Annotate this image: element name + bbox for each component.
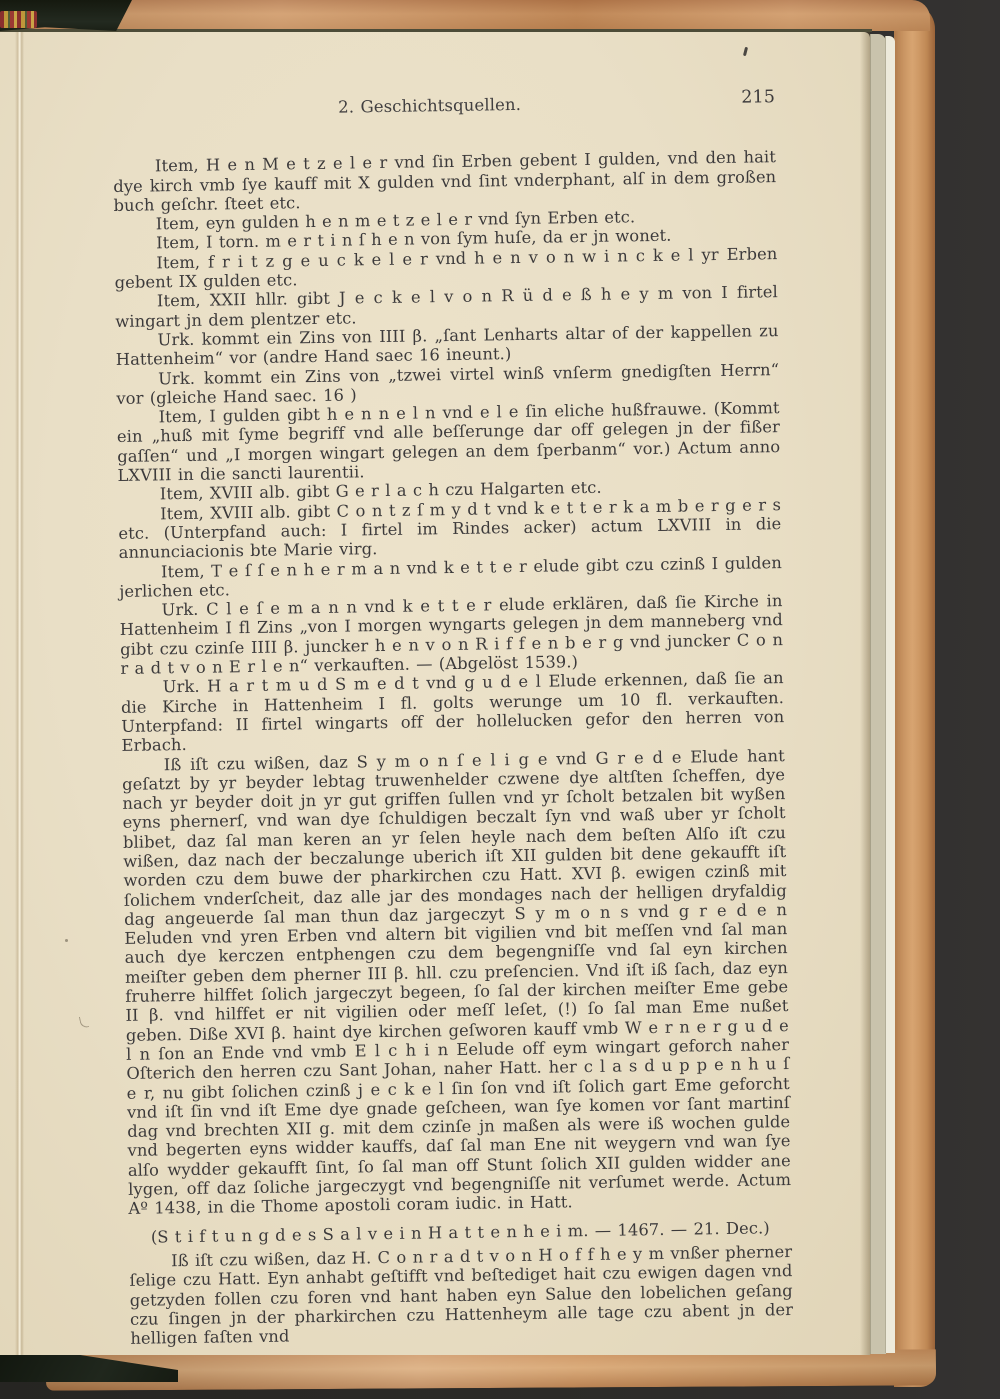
paragraph: Urk. H a r t m u d S m e d t vnd g u d e… — [121, 668, 785, 755]
book-fore-edge — [894, 3, 935, 1387]
page-edge-strip-gray — [870, 34, 886, 1354]
book-top-edge — [0, 0, 930, 31]
page-content: 2. Geschichtsquellen. 215 Item, H e n M … — [112, 91, 793, 1348]
paragraph: Iß iſt czu wißen, daz S y m o n ſ e l i … — [122, 746, 792, 1219]
page-number: 215 — [741, 88, 775, 108]
paragraph: Item, H e n M e t z e l e r vnd ſin Erbe… — [113, 147, 777, 215]
subheading-stiftung-des-salve: (S t i f t u n g d e s S a l v e i n H a… — [129, 1218, 792, 1247]
page-edge-strip-white — [885, 36, 895, 1353]
paragraph: Item, I gulden gibt h e n n e l n vnd e … — [117, 398, 781, 485]
paragraph: Urk. C l e ſ e m a n n vnd k e t t e r e… — [119, 591, 783, 678]
gutter-crease — [15, 32, 24, 1355]
book-bottom-edge — [46, 1349, 936, 1390]
pencil-mark — [65, 939, 68, 942]
scan-background: 2. Geschichtsquellen. 215 Item, H e n M … — [0, 0, 1000, 1399]
paragraph: Iß iſt czu wißen, daz H. C o n r a d t v… — [129, 1242, 793, 1348]
endband-threads — [0, 11, 37, 28]
page-edge-shadow — [860, 32, 870, 1355]
paragraph: Item, XVIII alb. gibt C o n t z ſ m y d … — [118, 495, 782, 563]
